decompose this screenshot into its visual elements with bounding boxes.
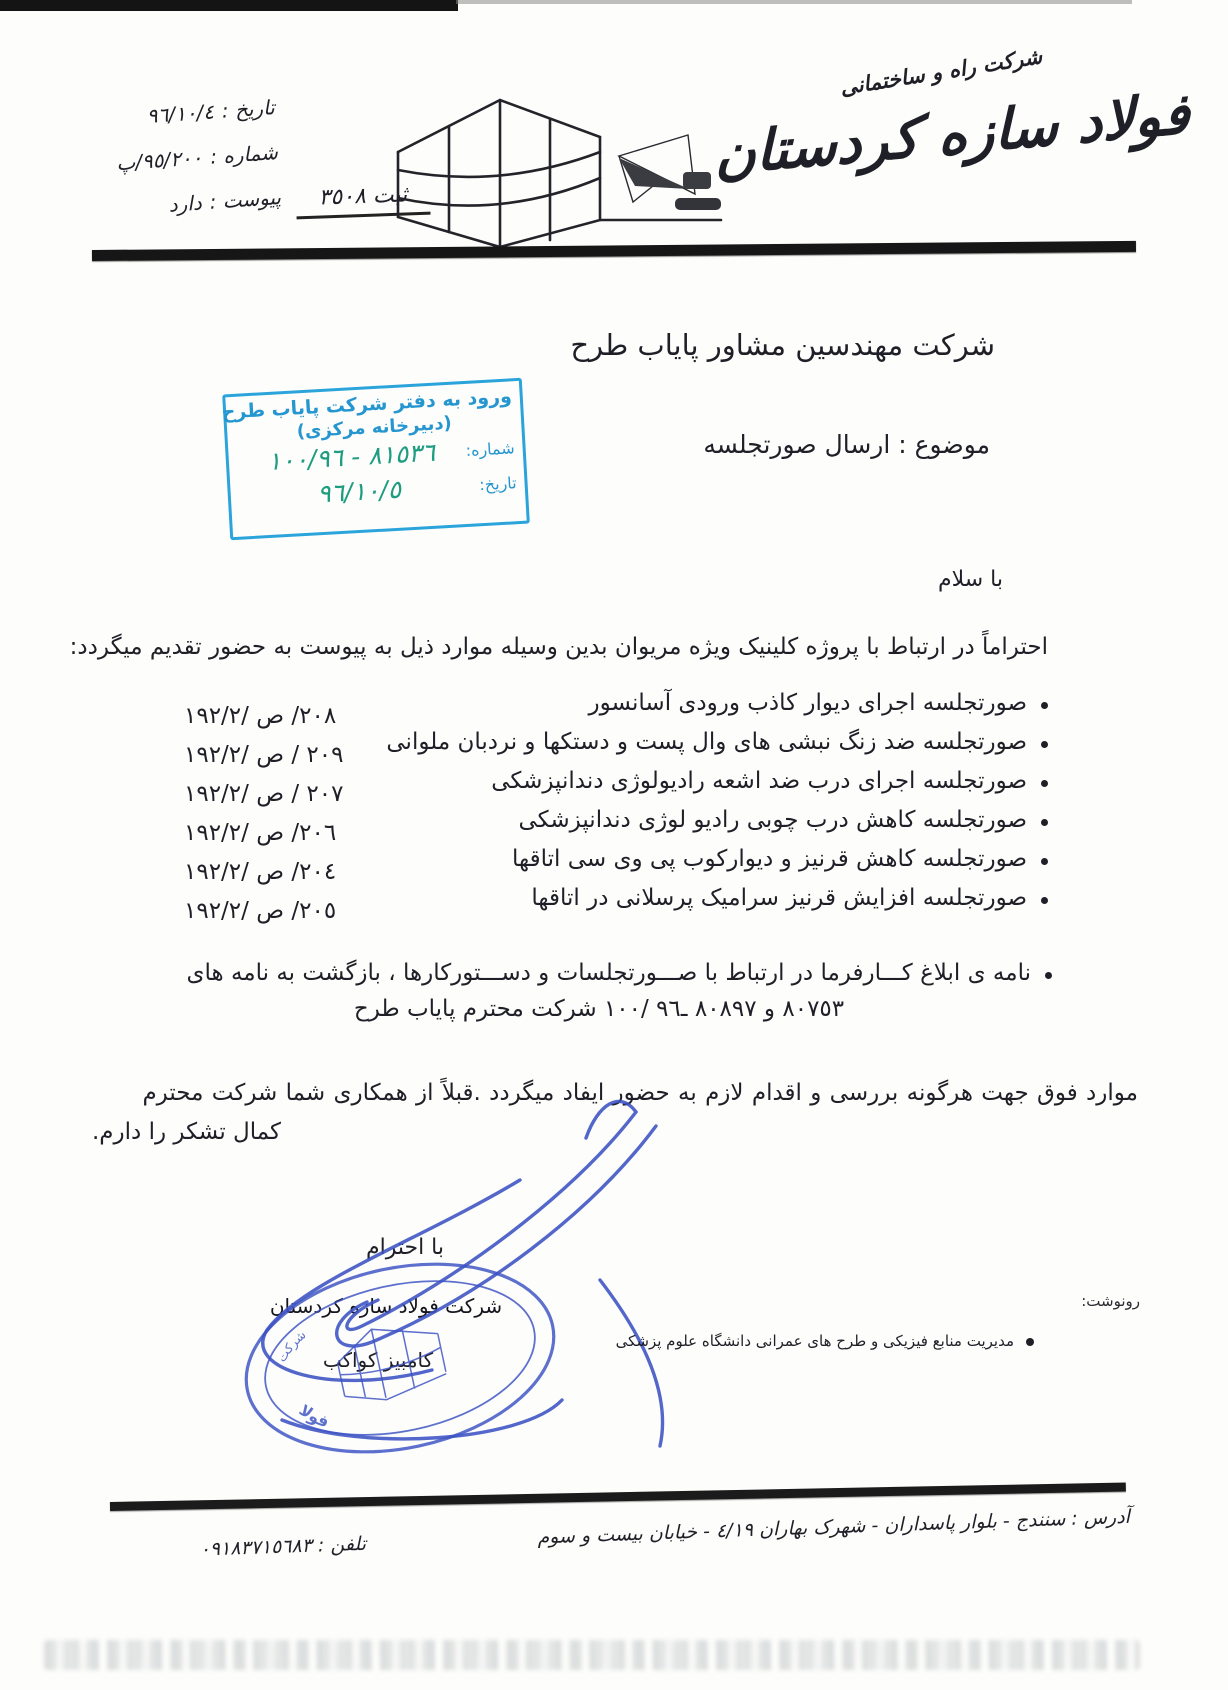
cc-item-row: مدیریت منابع فیزیکی و طرح های عمرانی دان… [638,1332,1034,1350]
salutation: با سلام [853,567,1003,592]
minute-text: صورتجلسه کاهش قرنیز و دیوارکوب پی وی سی … [512,846,1027,872]
company-name-title: فولاد سازه کردستان [714,85,1153,188]
number-value: ٩٥/٢٠٠/پ [115,135,204,186]
footer-divider [110,1482,1126,1511]
signature-respect: با احترام [330,1235,480,1260]
minute-ref: ٢٠٩ / ص /١٩٢/٢ [184,742,343,768]
signature-company: شرکت فولاد سازه کردستان [253,1294,519,1318]
list-item: صورتجلسه اجرای درب ضد اشعه رادیولوژی دند… [106,768,1048,807]
bleed-through-artifact [44,1640,1140,1670]
bullet-icon [1041,897,1048,904]
list-item: صورتجلسه افزایش قرنیز سرامیک پرسلانی در … [106,885,1048,924]
minute-text: صورتجلسه افزایش قرنیز سرامیک پرسلانی در … [531,885,1027,911]
list-item: صورتجلسه کاهش درب چوبی رادیو لوژی دندانپ… [106,807,1048,846]
bullet-icon [1041,741,1048,748]
scanned-letter-page: تاریخ : ٩٦/١٠/٤ شماره : ٩٥/٢٠٠/پ پیوست :… [0,0,1228,1690]
attachment-value: دارد [167,181,203,228]
minute-text: صورتجلسه اجرای دیوار کاذب ورودی آسانسور [589,690,1028,716]
date-label: تاریخ : [220,85,276,134]
bullet-icon [1041,780,1048,787]
entry-stamp-number-label: شماره: [465,438,515,460]
bullet-icon [1026,1338,1034,1346]
list-item: صورتجلسه اجرای دیوار کاذب ورودی آسانسور … [106,690,1048,729]
minute-text: صورتجلسه اجرای درب ضد اشعه رادیولوژی دند… [491,768,1027,794]
cc-label: رونوشت: [1020,1292,1140,1310]
recipient-line: شرکت مهندسین مشاور پایاب طرح [553,328,995,362]
scan-edge-artifact [0,0,458,11]
minute-ref: ٢٠٥/ ص /١٩٢/٢ [184,898,336,924]
letters-note: نامه ی ابلاغ کـــارفرما در ارتباط با صــ… [106,960,1052,1022]
letters-note-line1: نامه ی ابلاغ کـــارفرما در ارتباط با صــ… [187,960,1032,986]
cc-item: مدیریت منابع فیزیکی و طرح های عمرانی دان… [616,1332,1014,1350]
footer-phone: تلفن : ٠٩١٨٣٧١٥٦٨٣ [126,1533,367,1563]
letters-note-line2: ٨٠٧٥٣ و ٨٠٨٩٧ ـ٩٦ /١٠٠ شرکت محترم پایاب … [106,996,1052,1022]
closing-line1: موارد فوق جهت هرگونه بررسی و اقدام لازم … [92,1080,1138,1106]
entry-stamp-date-label: تاریخ: [479,473,517,494]
list-item: صورتجلسه کاهش قرنیز و دیوارکوب پی وی سی … [106,846,1048,885]
intro-paragraph: احتراماً در ارتباط با پروژه کلینیک ویژه … [106,634,1048,660]
bullet-icon [1041,702,1048,709]
entry-stamp: ورود به دفتر شرکت پایاب طرح (دبیرخانه مر… [222,378,530,541]
bullet-icon [1041,858,1048,865]
minute-ref: ٢٠٦/ ص /١٩٢/٢ [184,820,336,846]
subject-line: موضوع : ارسال صورتجلسه [633,430,990,459]
minute-text: صورتجلسه کاهش درب چوبی رادیو لوژی دندانپ… [519,807,1027,833]
attachment-label: پیوست : [208,175,282,225]
signature-name: کامبیز کواکب [283,1348,473,1372]
minute-text: صورتجلسه ضد زنگ نبشی های وال پست و دستکه… [386,729,1027,755]
date-value: ٩٦/١٠/٤ [145,89,215,139]
closing-line2: کمال تشکر را دارم. [92,1119,1138,1145]
bullet-icon [1041,819,1048,826]
list-item: صورتجلسه ضد زنگ نبشی های وال پست و دستکه… [106,729,1048,768]
minutes-list: صورتجلسه اجرای دیوار کاذب ورودی آسانسور … [106,690,1048,924]
registration-value: ٣٥٠٨ [318,184,366,211]
minute-ref: ٢٠٨/ ص /١٩٢/٢ [184,703,336,729]
number-label: شماره : [209,130,280,180]
signature-scribble-icon [263,1101,663,1446]
footer-address: آدرس : سنندج - بلوار پاسداران - شهرک بها… [658,1506,1130,1544]
minute-ref: ٢٠٤/ ص /١٩٢/٢ [184,859,336,885]
letterhead-fields: تاریخ : ٩٦/١٠/٤ شماره : ٩٥/٢٠٠/پ پیوست :… [74,85,283,234]
scan-edge-artifact-light [456,0,1132,4]
company-logo-icon [383,90,723,258]
closing-paragraph: موارد فوق جهت هرگونه بررسی و اقدام لازم … [92,1080,1138,1145]
letters-note-line1-row: نامه ی ابلاغ کـــارفرما در ارتباط با صــ… [106,960,1052,986]
minute-ref: ٢٠٧ / ص /١٩٢/٢ [184,781,343,807]
bullet-icon [1045,972,1052,979]
